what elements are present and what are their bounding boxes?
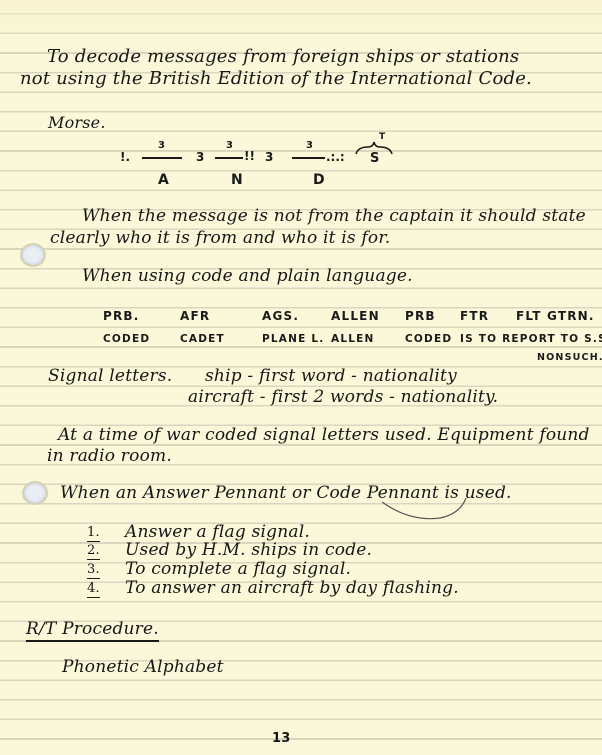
notebook-page: To decode messages from foreign ships or… bbox=[0, 0, 602, 755]
captain-note-line-2: clearly who it is from and who it is for… bbox=[50, 228, 390, 248]
pennant-item-num: 1. bbox=[87, 525, 100, 542]
pennant-item-text: Used by H.M. ships in code. bbox=[125, 540, 372, 560]
morse-letter-a: A bbox=[158, 172, 169, 188]
morse-tail-d: .:.: bbox=[326, 150, 345, 164]
rt-subtitle: Phonetic Alphabet bbox=[62, 657, 224, 677]
signal-letters-label: Signal letters. bbox=[48, 366, 172, 386]
meaning-cell: CODED bbox=[103, 333, 150, 345]
morse-bar-num-a: 3 bbox=[158, 140, 165, 151]
punch-hole-top bbox=[22, 245, 44, 265]
pennant-item-num: 3. bbox=[87, 562, 100, 579]
pennant-item-text: Answer a flag signal. bbox=[125, 522, 310, 542]
wartime-line-2: in radio room. bbox=[47, 446, 172, 466]
meaning-cell: ALLEN bbox=[331, 333, 374, 345]
signal-letters-ship: ship - first word - nationality bbox=[205, 366, 457, 386]
morse-bar-num-d: 3 bbox=[306, 140, 313, 151]
pennant-item-text: To complete a flag signal. bbox=[125, 559, 351, 579]
code-cell: PRB. bbox=[103, 309, 140, 323]
heading-line-2: not using the British Edition of the Int… bbox=[20, 68, 532, 89]
morse-symbol-n: 3 bbox=[196, 150, 204, 164]
signal-letters-aircraft: aircraft - first 2 words - nationality. bbox=[188, 387, 498, 407]
meaning-extra: NONSUCH. bbox=[537, 352, 602, 363]
pennant-item-text: To answer an aircraft by day flashing. bbox=[125, 578, 459, 598]
code-cell: FTR bbox=[460, 309, 489, 323]
code-cell: ALLEN bbox=[331, 309, 380, 323]
morse-symbol-a: !. bbox=[120, 150, 130, 164]
morse-symbol-d: 3 bbox=[265, 150, 273, 164]
wartime-line-1: At a time of war coded signal letters us… bbox=[58, 425, 590, 445]
morse-dash-n bbox=[215, 157, 243, 159]
pennant-item-num: 2. bbox=[87, 543, 100, 560]
morse-brace-letter: S bbox=[370, 151, 379, 166]
rt-title: R/T Procedure. bbox=[26, 619, 159, 642]
code-cell: AFR bbox=[180, 309, 210, 323]
morse-letter-n: N bbox=[231, 172, 243, 188]
code-cell: PRB bbox=[405, 309, 436, 323]
page-number: 13 bbox=[272, 731, 291, 746]
meaning-cell: IS TO REPORT TO S.S bbox=[460, 333, 602, 345]
code-cell: AGS. bbox=[262, 309, 299, 323]
morse-label: Morse. bbox=[48, 113, 106, 132]
morse-tail-n: !! bbox=[244, 149, 255, 163]
captain-note-line-1: When the message is not from the captain… bbox=[82, 206, 586, 226]
meaning-cell: PLANE L. bbox=[262, 333, 324, 345]
code-cell: FLT GTRN. bbox=[516, 309, 595, 323]
heading-line-1: To decode messages from foreign ships or… bbox=[47, 46, 519, 67]
meaning-cell: CADET bbox=[180, 333, 225, 345]
morse-dash-a bbox=[142, 157, 182, 159]
morse-dash-d bbox=[292, 157, 325, 159]
morse-bar-num-n: 3 bbox=[226, 140, 233, 151]
annotation-curve-icon bbox=[380, 496, 470, 526]
meaning-cell: CODED bbox=[405, 333, 452, 345]
plain-language-title: When using code and plain language. bbox=[82, 266, 413, 286]
pennant-item-num: 4. bbox=[87, 581, 100, 598]
punch-hole-bottom bbox=[24, 483, 46, 503]
morse-letter-d: D bbox=[313, 172, 325, 188]
